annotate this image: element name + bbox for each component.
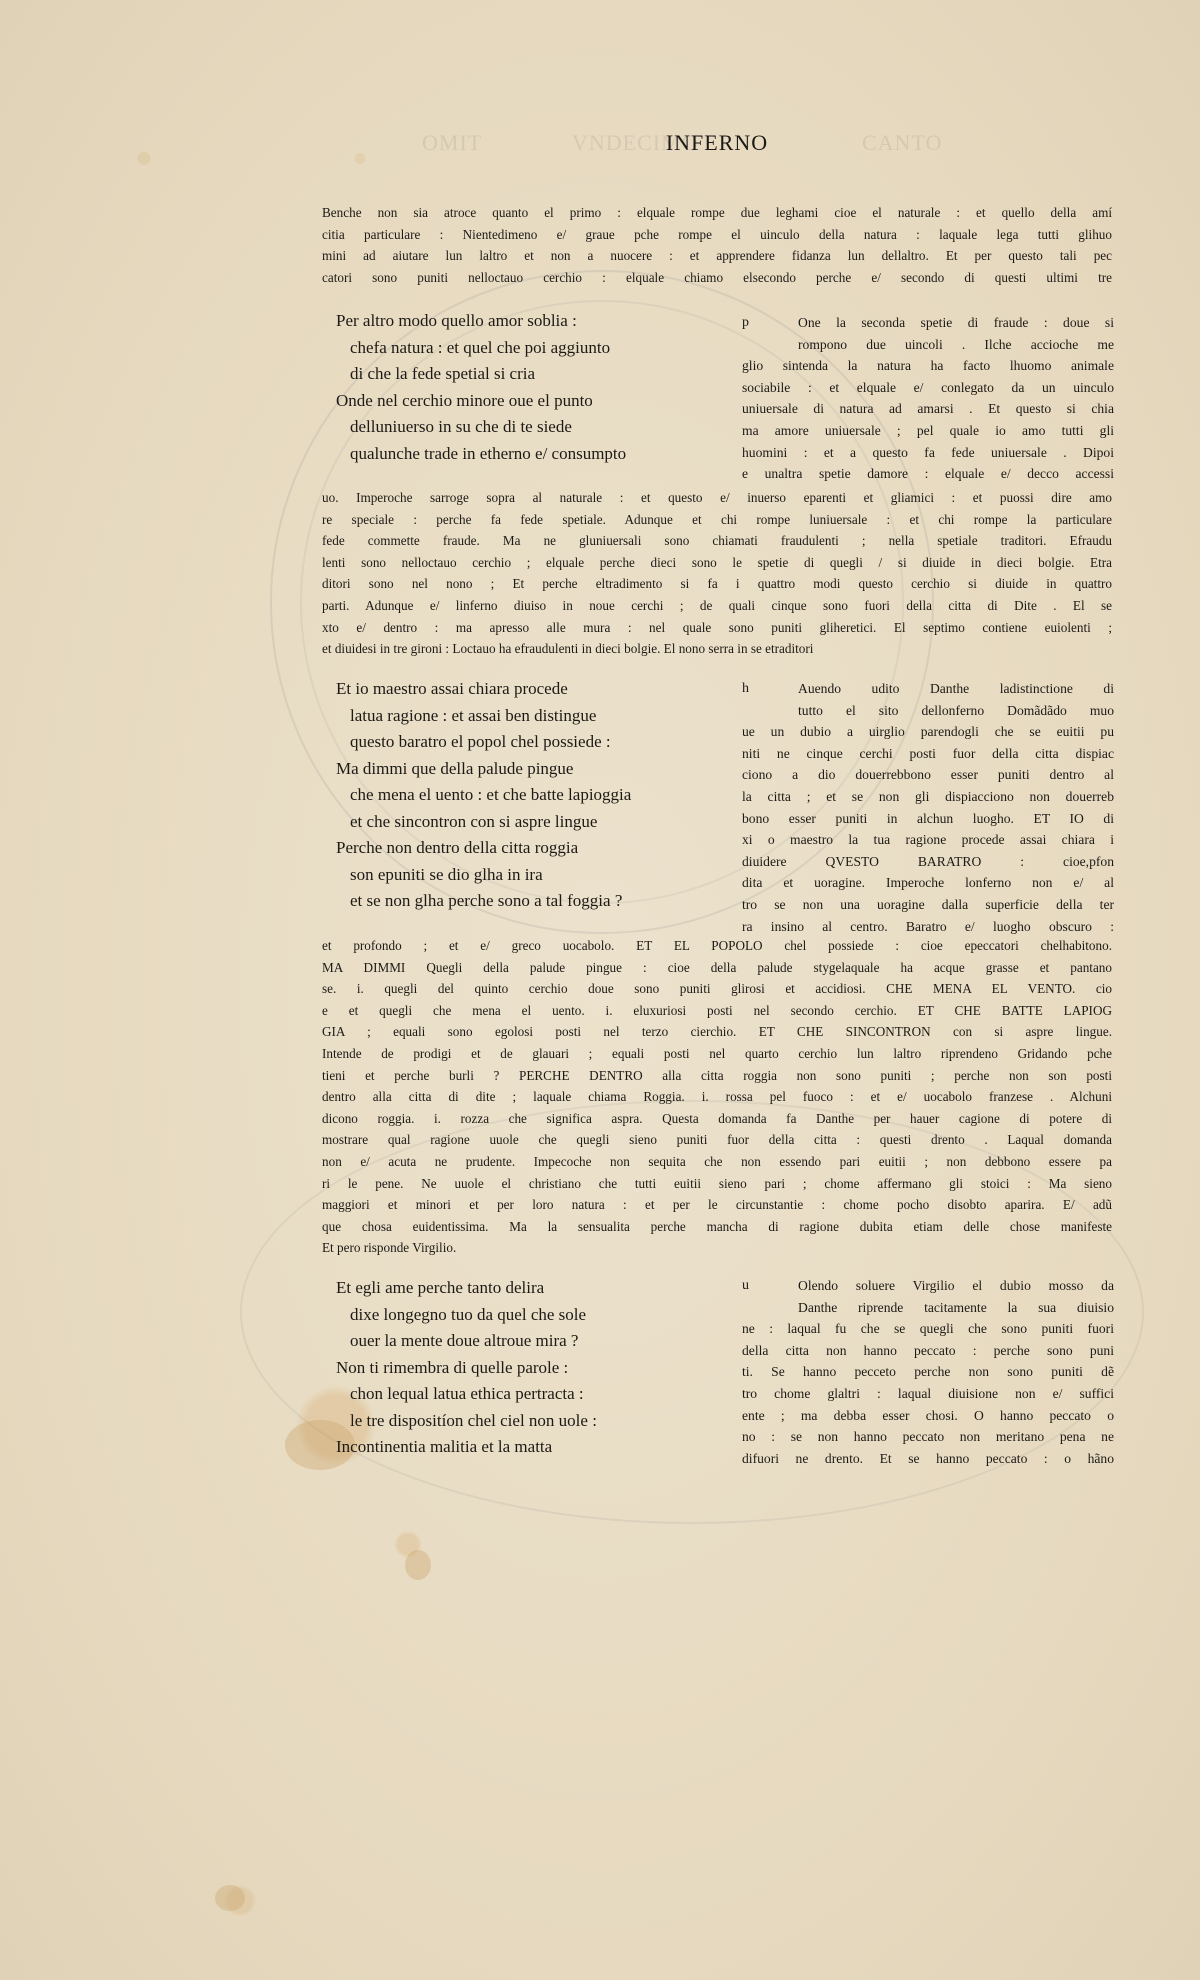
comment-line: ue un dubio a uirglio parendogli che se … — [742, 721, 1114, 743]
comment-line: bono esser puniti in alchun luogho. ET I… — [742, 808, 1114, 830]
comment-line: la citta ; et se non gli dispiacciono no… — [742, 786, 1114, 808]
comment-line: rompono due uincoli . Ilche accioche me — [742, 334, 1114, 356]
comment-line: tutto el sito dellonferno Domãdãdo muo — [742, 700, 1114, 722]
prose-line: ri le pene. Ne uuole el christiano che t… — [322, 1173, 1112, 1195]
guide-letter: u — [742, 1275, 749, 1297]
comment-line: huomini : et a questo fa fede uniuersale… — [742, 442, 1114, 464]
prose-line: que chosa euidentissima. Ma la sensualit… — [322, 1216, 1112, 1238]
verse-line: le tre dispositíon chel ciel non uole : — [336, 1408, 597, 1435]
comment-line: ti. Se hanno pecceto perche non sono pun… — [742, 1361, 1114, 1383]
comment-line: difuori ne drento. Et se hanno peccato :… — [742, 1448, 1114, 1470]
comment-line: sociabile : et elquale e/ conlegato da u… — [742, 377, 1114, 399]
verse-line: ouer la mente doue altroue mira ? — [336, 1328, 597, 1355]
comment-line: ra insino al centro. Baratro e/ luogho o… — [742, 916, 1114, 938]
prose-line: fede commette fraude. Ma ne gluniuersali… — [322, 530, 1112, 552]
verse-line: Perche non dentro della citta roggia — [336, 835, 631, 862]
verse-tercets-2: Et io maestro assai chiara procede latua… — [336, 676, 631, 915]
comment-line: tro chome glaltri : laqual diuisione non… — [742, 1383, 1114, 1405]
prose-line: parti. Adunque e/ linferno diuiso in nou… — [322, 595, 1112, 617]
prose-line: Et pero risponde Virgilio. — [322, 1237, 1112, 1259]
prose-line: et diuidesi in tre gironi : Loctauo ha e… — [322, 638, 1112, 660]
prose-line: mostrare qual ragione uuole che quegli s… — [322, 1129, 1112, 1151]
prose-line: e et quegli che mena el uento. i. eluxur… — [322, 1000, 1112, 1022]
verse-tercets-3: Et egli ame perche tanto delira dixe lon… — [336, 1275, 597, 1461]
prose-line: xto e/ dentro : ma apresso alle mura : n… — [322, 617, 1112, 639]
verse-line: Per altro modo quello amor soblia : — [336, 308, 626, 335]
guide-letter: h — [742, 678, 749, 700]
prose-line: Intende de prodigi et de glauari ; equal… — [322, 1043, 1112, 1065]
guide-letter: p — [742, 312, 749, 334]
comment-line: ciono a dio douerrebbono esser puniti de… — [742, 764, 1114, 786]
comment-line: Olendo soluere Virgilio el dubio mosso d… — [742, 1275, 1114, 1297]
comment-line: One la seconda spetie di fraude : doue s… — [742, 312, 1114, 334]
prose-line: lenti sono nelloctauo cerchio ; elquale … — [322, 552, 1112, 574]
prose-line: maggiori et minori et per loro natura : … — [322, 1194, 1112, 1216]
verse-line: son epuniti se dio glha in ira — [336, 862, 631, 889]
verse-line: Ma dimmi que della palude pingue — [336, 756, 631, 783]
comment-line: diuidere QVESTO BARATRO : cioe,pfon — [742, 851, 1114, 873]
intro-commentary: Benche non sia atroce quanto el primo : … — [322, 202, 1112, 288]
commentary-block-2: et profondo ; et e/ greco uocabolo. ET E… — [322, 935, 1112, 1259]
foxing-stain — [215, 1885, 245, 1911]
comment-line: della citta non hanno peccato : perche s… — [742, 1340, 1114, 1362]
comment-line: Auendo udito Danthe ladistinctione di — [742, 678, 1114, 700]
comment-line: niti ne cinque cerchi posti fuor della c… — [742, 743, 1114, 765]
side-commentary-2: h Auendo udito Danthe ladistinctione di … — [742, 678, 1114, 937]
comment-line: dita et uoragine. Imperoche lonferno non… — [742, 872, 1114, 894]
verse-line: Onde nel cerchio minore oue el punto — [336, 388, 626, 415]
verse-line: Incontinentia malitia et la matta — [336, 1434, 597, 1461]
prose-line: re speciale : perche fa fede spetiale. A… — [322, 509, 1112, 531]
verse-line: di che la fede spetial si cria — [336, 361, 626, 388]
prose-line: citia particulare : Nientedimeno e/ grau… — [322, 224, 1112, 246]
verse-line: et se non glha perche sono a tal foggia … — [336, 888, 631, 915]
comment-line: no : se non hanno peccato non meritano p… — [742, 1426, 1114, 1448]
prose-line: catori sono puniti nelloctauo cerchio : … — [322, 267, 1112, 289]
prose-line: ditori sono nel nono ; Et perche eltradi… — [322, 573, 1112, 595]
verse-line: che mena el uento : et che batte lapiogg… — [336, 782, 631, 809]
comment-line: uniuersale di natura ad amarsi . Et ques… — [742, 398, 1114, 420]
comment-line: xi o maestro la tua ragione procede assa… — [742, 829, 1114, 851]
comment-line: Danthe riprende tacitamente la sua diuis… — [742, 1297, 1114, 1319]
verse-line: Et egli ame perche tanto delira — [336, 1275, 597, 1302]
comment-line: glio sintenda la natura ha facto lhuomo … — [742, 355, 1114, 377]
comment-line: ne : laqual fu che se quegli che sono pu… — [742, 1318, 1114, 1340]
verse-line: chefa natura : et quel che poi aggiunto — [336, 335, 626, 362]
verse-line: Et io maestro assai chiara procede — [336, 676, 631, 703]
prose-line: MA DIMMI Quegli della palude pingue : ci… — [322, 957, 1112, 979]
verse-line: Non ti rimembra di quelle parole : — [336, 1355, 597, 1382]
comment-line: tro se non una uoragine dalla superficie… — [742, 894, 1114, 916]
commentary-block-1: uo. Imperoche sarroge sopra al naturale … — [322, 487, 1112, 660]
verse-line: delluniuerso in su che di te siede — [336, 414, 626, 441]
prose-line: se. i. quegli del quinto cerchio doue so… — [322, 978, 1112, 1000]
comment-line: e unaltra spetie damore : elquale e/ dec… — [742, 463, 1114, 485]
verse-line: dixe longegno tuo da quel che sole — [336, 1302, 597, 1329]
prose-line: GIA ; equali sono egolosi posti nel terz… — [322, 1021, 1112, 1043]
prose-line: uo. Imperoche sarroge sopra al naturale … — [322, 487, 1112, 509]
comment-line: ente ; ma debba esser chosi. O hanno pec… — [742, 1405, 1114, 1427]
verse-line: latua ragione : et assai ben distingue — [336, 703, 631, 730]
side-commentary-3: u Olendo soluere Virgilio el dubio mosso… — [742, 1275, 1114, 1469]
verse-tercets-1: Per altro modo quello amor soblia : chef… — [336, 308, 626, 467]
foxing-stain — [405, 1550, 431, 1580]
prose-line: mini ad aiutare lun laltro et non a nuoc… — [322, 245, 1112, 267]
side-commentary-1: p One la seconda spetie di fraude : doue… — [742, 312, 1114, 485]
verse-line: questo baratro el popol chel possiede : — [336, 729, 631, 756]
verse-line: qualunche trade in etherno e/ consumpto — [336, 441, 626, 468]
verse-line: chon lequal latua ethica pertracta : — [336, 1381, 597, 1408]
prose-line: Benche non sia atroce quanto el primo : … — [322, 202, 1112, 224]
prose-line: dicono roggia. i. rozza che significa as… — [322, 1108, 1112, 1130]
running-head: INFERNO — [322, 130, 1112, 156]
prose-line: dentro alla citta di dite ; laquale chia… — [322, 1086, 1112, 1108]
prose-line: tieni et perche burli ? PERCHE DENTRO al… — [322, 1065, 1112, 1087]
verse-line: et che sincontron con si aspre lingue — [336, 809, 631, 836]
comment-line: ma amore uniuersale ; pel quale io amo t… — [742, 420, 1114, 442]
prose-line: non e/ acuta ne prudente. Impecoche non … — [322, 1151, 1112, 1173]
prose-line: et profondo ; et e/ greco uocabolo. ET E… — [322, 935, 1112, 957]
